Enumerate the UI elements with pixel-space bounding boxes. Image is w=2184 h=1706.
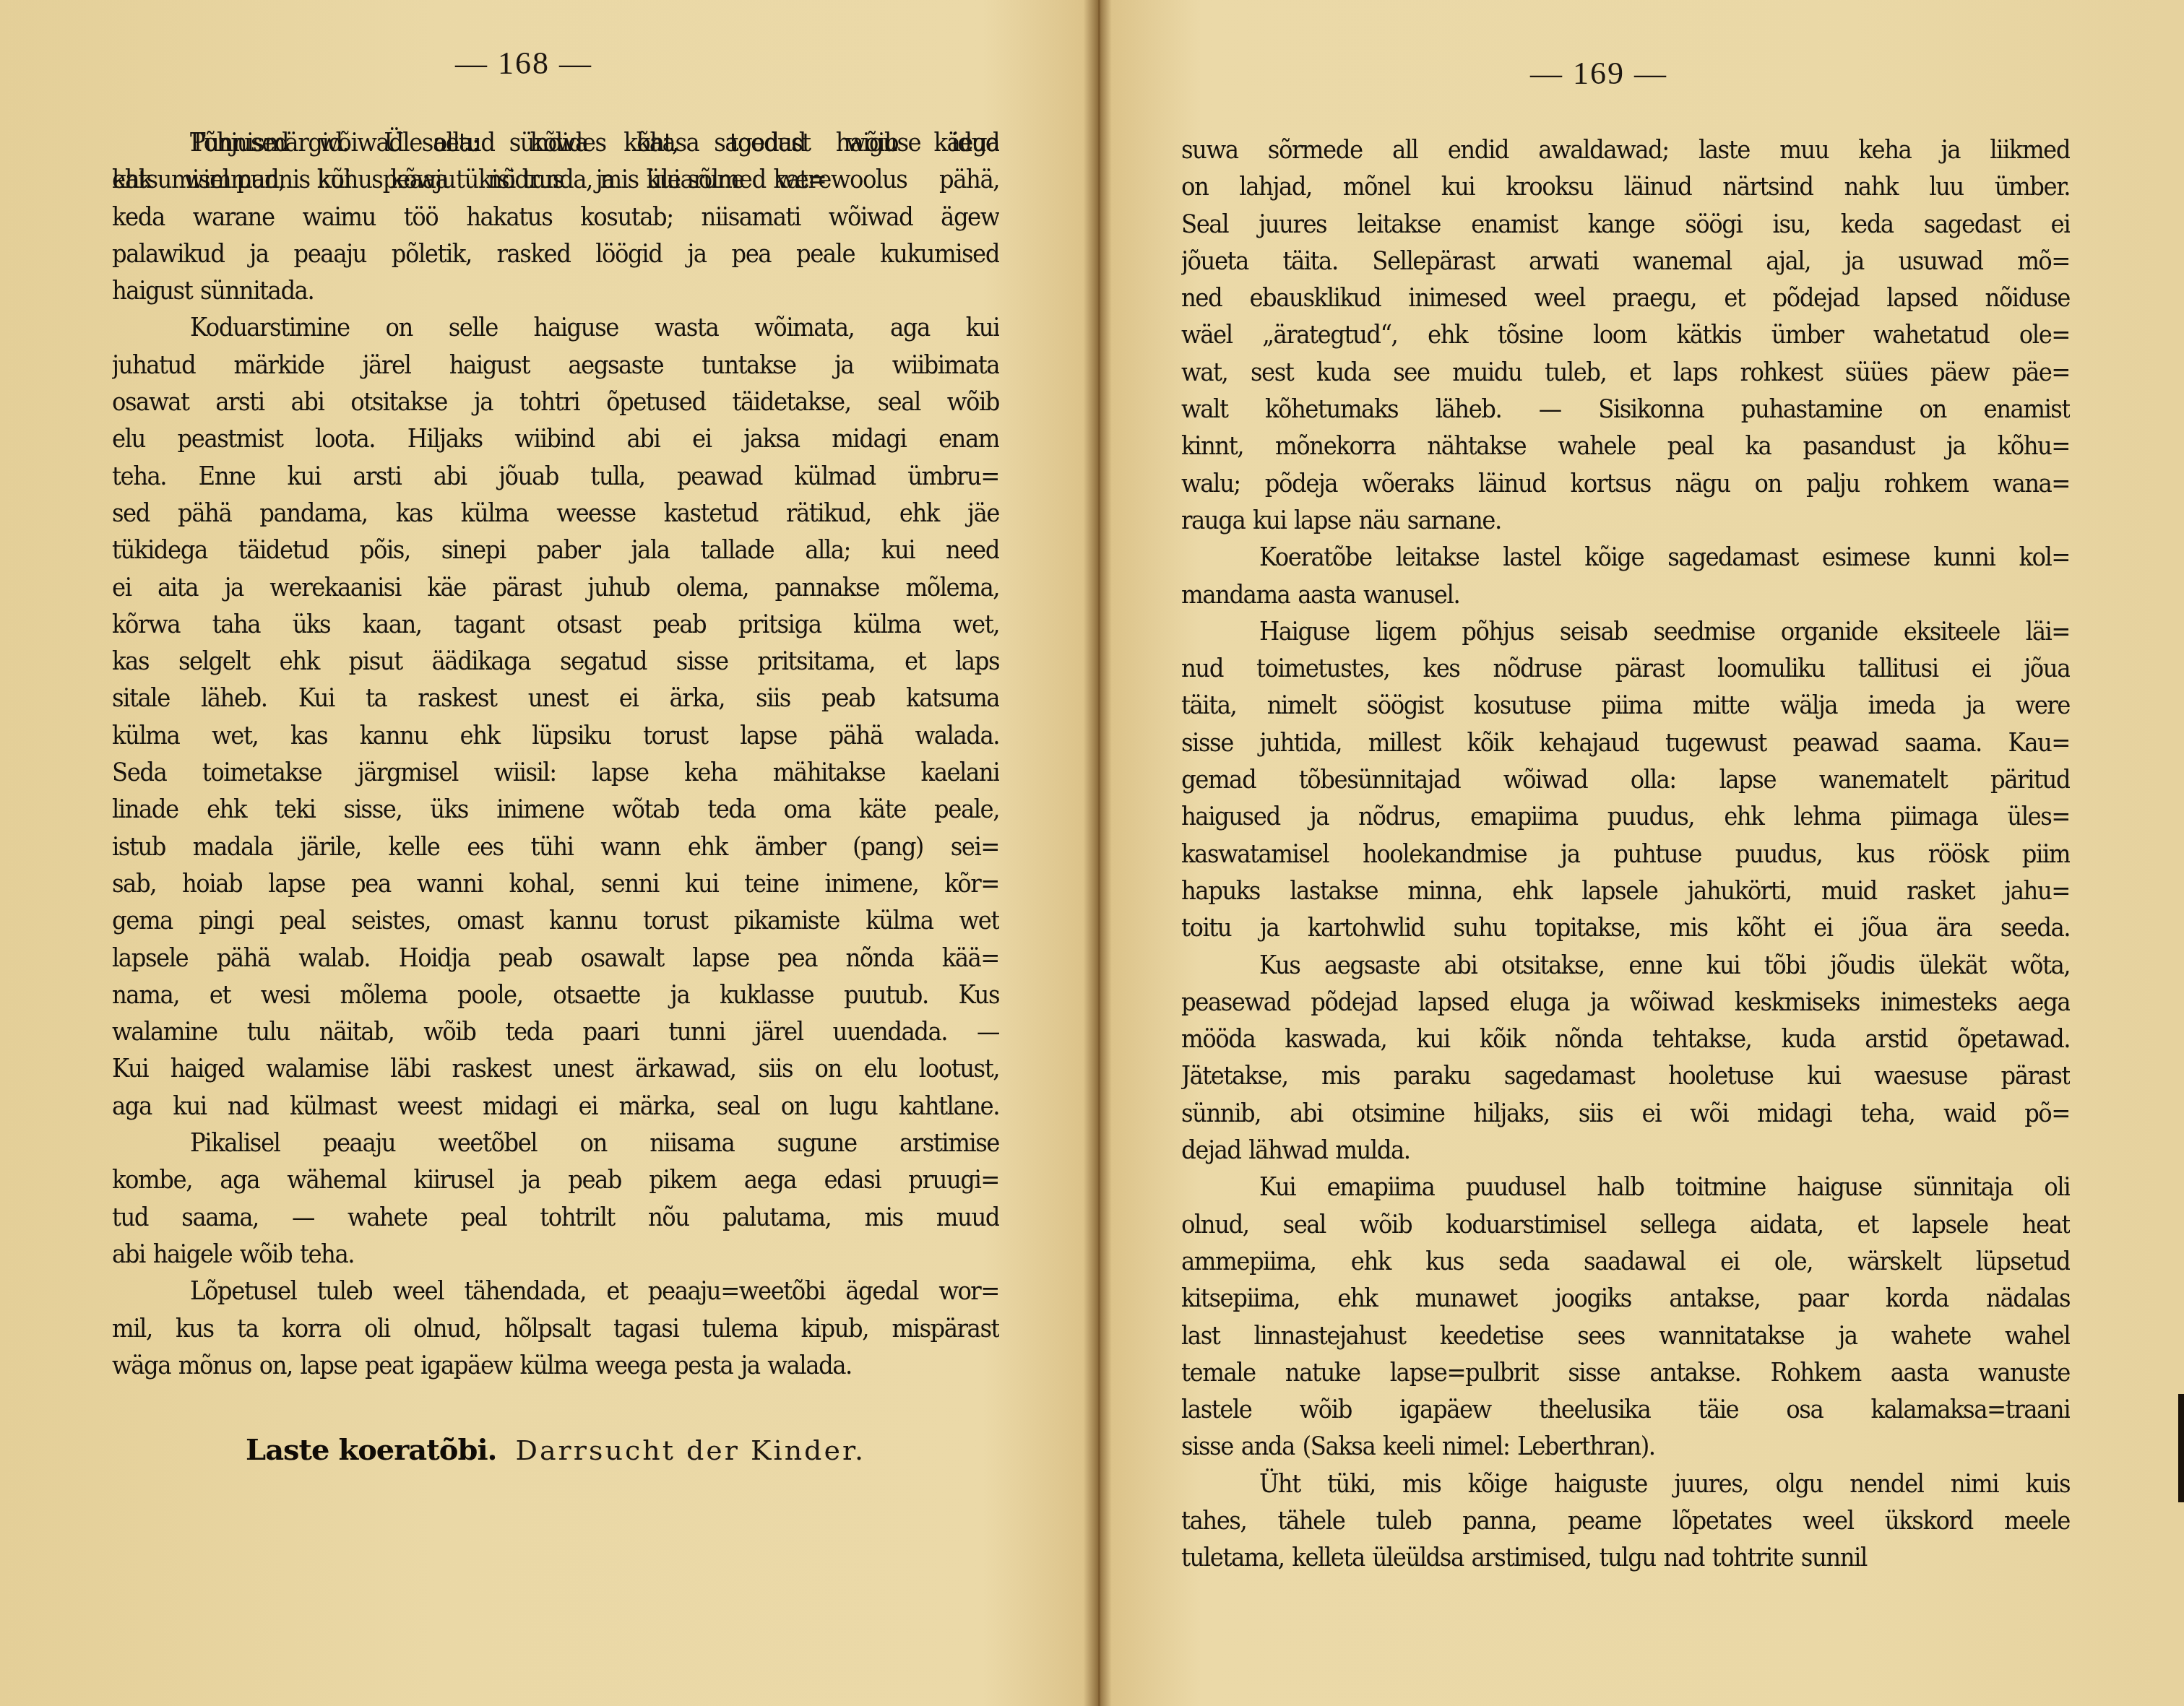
text-line: katsumisel punnis kõhus kõwa tükisi tund… (112, 161, 999, 198)
open-book-spread: — 168 — Põhjused wõiwad olla: sündides k… (0, 0, 2184, 1706)
text-line: temale natuke lapse=pulbrit sisse antaks… (1181, 1354, 2070, 1391)
text-line: rauga kui lapse näu sarnane. (1181, 502, 2070, 539)
right-page: — 169 — suwa sõrmede all endid awaldawad… (1100, 0, 2184, 1706)
text-line: Kui emapiima puudusel halb toitmine haig… (1181, 1169, 2070, 1205)
text-line: tahes, tähele tuleb panna, peame lõpetat… (1181, 1502, 2070, 1539)
text-line: hapuks lastakse minna, ehk lapsele jahuk… (1181, 873, 2070, 909)
text-line: osawat arsti abi otsitakse ja tohtri õpe… (112, 384, 999, 420)
text-line: dejad lähwad mulda. (1181, 1132, 2070, 1169)
text-line: täita, nimelt söögist kosutuse piima mit… (1181, 687, 2070, 724)
text-line: kinnt, mõnekorra nähtakse wahele peal ka… (1181, 428, 2070, 464)
text-line: kaswatamisel hoolekandmise ja puhtuse pu… (1181, 836, 2070, 873)
text-line: Lõpetusel tuleb weel tähendada, et peaaj… (112, 1273, 999, 1309)
left-page: — 168 — Põhjused wõiwad olla: sündides k… (0, 0, 1098, 1706)
text-line: sitale läheb. Kui ta raskest unest ei är… (112, 680, 999, 716)
text-line: walamine tulu näitab, wõib teda paari tu… (112, 1013, 999, 1050)
text-line: kombe, aga wähemal kiirusel ja peab pike… (112, 1161, 999, 1198)
text-line: sed pähä pandama, kas külma weesse kaste… (112, 495, 999, 532)
section-heading: Laste koeratõbi.Darrsucht der Kinder. (112, 1429, 999, 1472)
text-line: gema pingi peal seistes, omast kannu tor… (112, 902, 999, 939)
section-title-german: Darrsucht der Kinder. (516, 1434, 866, 1466)
text-line: linade ehk teki sisse, üks inimene wõtab… (112, 791, 999, 828)
text-line: teha. Enne kui arsti abi jõuab tulla, pe… (112, 458, 999, 495)
text-line: ammepiima, ehk kus seda saadawal ei ole,… (1181, 1243, 2070, 1280)
text-line: wat, sest kuda see muidu tuleb, et laps … (1181, 354, 2070, 391)
text-line: mandama aasta wanusel. (1181, 576, 2070, 613)
text-line: kas selgelt ehk pisut äädikaga segatud s… (112, 643, 999, 680)
text-line: nama, et wesi mõlema poole, otsaette ja … (112, 977, 999, 1013)
text-line: mööda kaswada, kui kõik nõnda tehtakse, … (1181, 1021, 2070, 1057)
text-line: nud toimetustes, kes nõdruse pärast loom… (1181, 650, 2070, 687)
text-line: juhatud märkide järel haigust aegsaste t… (112, 347, 999, 384)
text-line: sünnib, abi otsimine hiljaks, siis ei wõ… (1181, 1095, 2070, 1132)
text-line: suwa sõrmede all endid awaldawad; laste … (1181, 131, 2070, 168)
section-body-text: Tunnismärgid. Ülesaetud kõwa kõht, saged… (112, 124, 999, 199)
body-text: suwa sõrmede all endid awaldawad; laste … (1181, 131, 2070, 1577)
text-line: Koduarstimine on selle haiguse wasta wõi… (112, 309, 999, 346)
text-line: lastele wõib igapäew theelusika täie osa… (1181, 1391, 2070, 1428)
text-line: tükidega täidetud põis, sinepi paber jal… (112, 532, 999, 568)
text-line: haigused ja nõdrus, emapiima puudus, ehk… (1181, 798, 2070, 835)
text-line: elu peastmist loota. Hiljaks wiibind abi… (112, 420, 999, 457)
text-line: palawikud ja peaaju põletik, rasked löög… (112, 235, 999, 272)
text-line: Pikalisel peaaju weetõbel on niisama sug… (112, 1125, 999, 1161)
text-line: sab, hoiab lapse pea wanni kohal, senni … (112, 865, 999, 902)
text-line: toitu ja kartohwlid suhu topitakse, mis … (1181, 909, 2070, 946)
text-line: Kui haiged walamise läbi raskest unest ä… (112, 1050, 999, 1087)
text-line: Seal juures leitakse enamist kange söögi… (1181, 206, 2070, 243)
text-line: ei aita ja werekaanisi käe pärast juhub … (112, 569, 999, 606)
text-line: mil, kus ta korra oli olnud, hõlpsalt ta… (112, 1310, 999, 1347)
text-line: walu; põdeja wõeraks läinud kortsus nägu… (1181, 465, 2070, 502)
page-number: — 168 — (455, 45, 592, 82)
text-line: gemad tõbesünnitajad wõiwad olla: lapse … (1181, 761, 2070, 798)
text-line: lapsele pähä walab. Hoidja peab osawalt … (112, 940, 999, 977)
text-line: Koeratõbe leitakse lastel kõige sagedama… (1181, 539, 2070, 576)
text-line: istub madala järile, kelle ees tühi wann… (112, 828, 999, 865)
text-line: ned ebausklikud inimesed weel praegu, et… (1181, 280, 2070, 316)
body-text: Põhjused wõiwad olla: sündides kaasa too… (112, 124, 999, 1384)
text-line: kitsepiima, ehk munawet joogiks antakse,… (1181, 1280, 2070, 1317)
text-line: abi haigele wõib teha. (112, 1236, 999, 1273)
text-line: last linnastejahust keedetise sees wanni… (1181, 1317, 2070, 1354)
text-line: kõrwa taha üks kaan, tagant otsast peab … (112, 606, 999, 643)
text-line: külma wet, kas kannu ehk lüpsiku torust … (112, 717, 999, 754)
text-line: sisse anda (Saksa keeli nimel: Leberthra… (1181, 1428, 2070, 1465)
text-line: peasewad põdejad lapsed eluga ja wõiwad … (1181, 984, 2070, 1021)
text-line: aga kui nad külmast weest midagi ei märk… (112, 1088, 999, 1125)
text-line: sisse juhtida, millest kõik kehajaud tug… (1181, 724, 2070, 761)
text-line: Seda toimetakse järgmisel wiisil: lapse … (112, 754, 999, 791)
text-line: haigust sünnitada. (112, 272, 999, 309)
text-line: tud saama, — wahete peal tohtrilt nõu pa… (112, 1199, 999, 1236)
text-line: on lahjad, mõnel kui krooksu läinud närt… (1181, 168, 2070, 205)
text-line: walt kõhetumaks läheb. — Sisikonna puhas… (1181, 391, 2070, 428)
text-line: Kus aegsaste abi otsitakse, enne kui tõb… (1181, 947, 2070, 984)
section-title-estonian: Laste koeratõbi. (246, 1433, 497, 1467)
text-line: Tunnismärgid. Ülesaetud kõwa kõht, saged… (112, 124, 999, 161)
text-line: wäga mõnus on, lapse peat igapäew külma … (112, 1347, 999, 1384)
text-line: Üht tüki, mis kõige haiguste juures, olg… (1181, 1465, 2070, 1502)
text-line: keda warane waimu töö hakatus kosutab; n… (112, 199, 999, 235)
text-line: Haiguse ligem põhjus seisab seedmise org… (1181, 613, 2070, 650)
text-line: tuletama, kelleta üleüldsa arstimised, t… (1181, 1539, 2070, 1576)
text-line: wäel „ärategtud“, ehk tõsine loom kätkis… (1181, 316, 2070, 353)
text-line: jõueta täita. Sellepärast arwati wanemal… (1181, 243, 2070, 280)
text-line: olnud, seal wõib koduarstimisel sellega … (1181, 1206, 2070, 1243)
page-number: — 169 — (1530, 55, 1667, 92)
text-line: Jätetakse, mis paraku sagedamast hooletu… (1181, 1057, 2070, 1094)
